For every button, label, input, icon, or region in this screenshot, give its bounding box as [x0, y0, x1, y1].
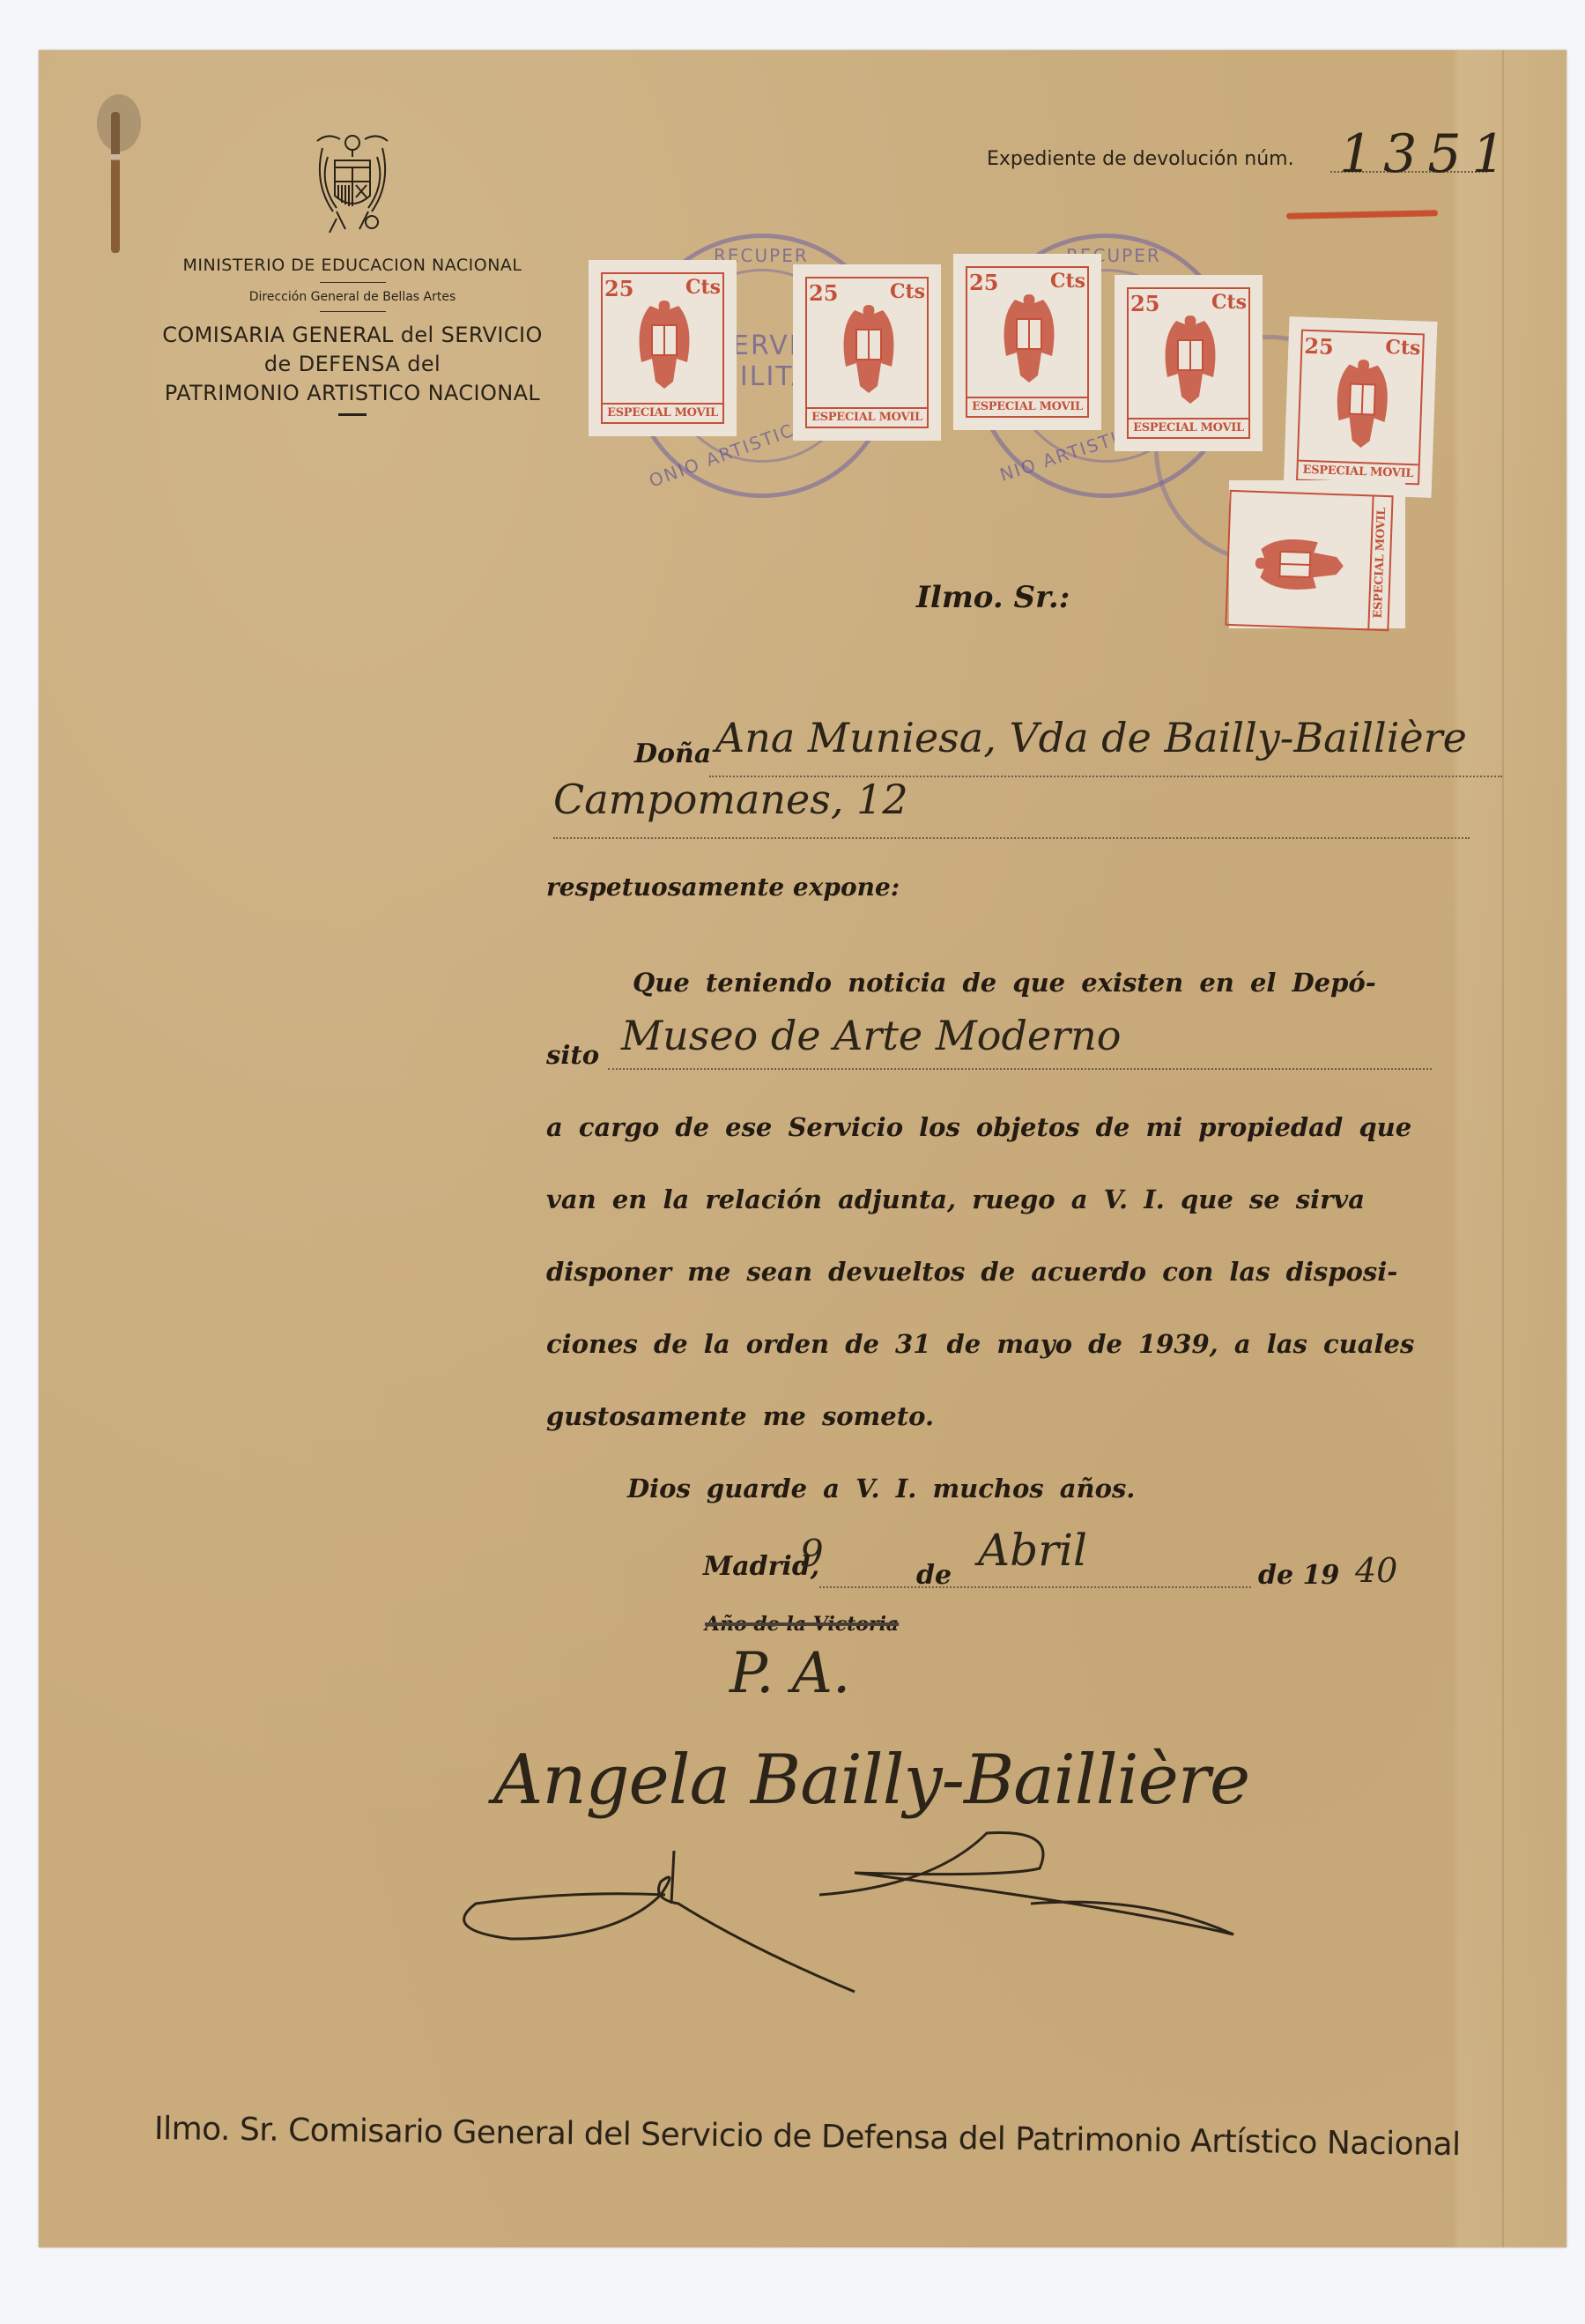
eagle-icon	[997, 291, 1061, 386]
body-line-6: ciones de la orden de 31 de mayo de 1939…	[546, 1329, 1414, 1359]
divider	[320, 311, 386, 312]
comisaria-line-2: de DEFENSA del	[132, 348, 573, 381]
comisaria-line-3: PATRIMONIO ARTISTICO NACIONAL	[132, 377, 573, 410]
expediente-label: Expediente de devolución núm.	[987, 148, 1294, 170]
revenue-stamp-5: 25 Cts ESPECIAL MOVIL	[1284, 316, 1438, 498]
eagle-icon	[1329, 355, 1396, 452]
expone-text: respetuosamente expone:	[546, 872, 900, 902]
revenue-stamp-2: 25 Cts ESPECIAL MOVIL	[793, 264, 941, 441]
paper-fold-line	[1502, 50, 1504, 2247]
revenue-stamp-6-rotated: ESPECIAL MOVIL	[1229, 480, 1405, 628]
expediente-number: 1351	[1339, 123, 1516, 185]
body-line-4: van en la relación adjunta, ruego a V. I…	[546, 1184, 1365, 1214]
staple-icon	[111, 112, 120, 253]
eagle-icon	[837, 301, 900, 397]
eagle-icon	[633, 297, 696, 392]
ministry-name: MINISTERIO DE EDUCACION NACIONAL	[132, 256, 573, 275]
de-label: de	[916, 1560, 952, 1591]
letterhead: MINISTERIO DE EDUCACION NACIONAL Direcci…	[132, 130, 573, 416]
date-day: 9	[800, 1532, 824, 1575]
date-month: Abril	[978, 1525, 1087, 1576]
signature-flourish-icon	[441, 1719, 1278, 2018]
body-line-3: a cargo de ese Servicio los objetos de m…	[546, 1112, 1411, 1142]
applicant-name: Ana Muniesa, Vda de Bailly-Baillière	[715, 714, 1467, 761]
divider	[338, 413, 367, 416]
applicant-address: Campomanes, 12	[553, 776, 908, 823]
dotted-line	[608, 1068, 1432, 1070]
body-line-1: Que teniendo noticia de que existen en e…	[633, 968, 1376, 998]
deposito-value: Museo de Arte Moderno	[621, 1012, 1121, 1059]
dotted-line	[553, 837, 1470, 839]
ano-victoria-struck: Año de la Victoria	[705, 1613, 899, 1636]
direction-name: Dirección General de Bellas Artes	[132, 290, 573, 304]
dotted-line	[819, 1586, 1251, 1588]
sito-label: sito	[546, 1040, 599, 1070]
year-handwritten: 40	[1355, 1551, 1397, 1590]
eagle-icon	[1251, 531, 1348, 598]
closing-line: Dios guarde a V. I. muchos años.	[627, 1474, 1135, 1504]
expediente-field: Expediente de devolución núm. 1351	[987, 132, 1498, 203]
por-autorizacion: P. A.	[730, 1641, 850, 1706]
salutation: Ilmo. Sr.:	[916, 580, 1070, 615]
revenue-stamp-1: 25 Cts ESPECIAL MOVIL	[589, 260, 737, 436]
eagle-icon	[1159, 312, 1222, 407]
divider	[320, 282, 386, 283]
coat-of-arms-icon	[310, 130, 395, 238]
revenue-stamp-4: 25 Cts ESPECIAL MOVIL	[1115, 275, 1263, 451]
revenue-stamp-3: 25 Cts ESPECIAL MOVIL	[953, 254, 1101, 430]
dona-label: Doña	[634, 739, 711, 769]
year-prefix: de 19	[1258, 1560, 1339, 1591]
body-line-7: gustosamente me someto.	[546, 1401, 934, 1431]
comisaria-line-1: COMISARIA GENERAL del SERVICIO	[132, 319, 573, 352]
body-line-5: disponer me sean devueltos de acuerdo co…	[546, 1257, 1397, 1287]
